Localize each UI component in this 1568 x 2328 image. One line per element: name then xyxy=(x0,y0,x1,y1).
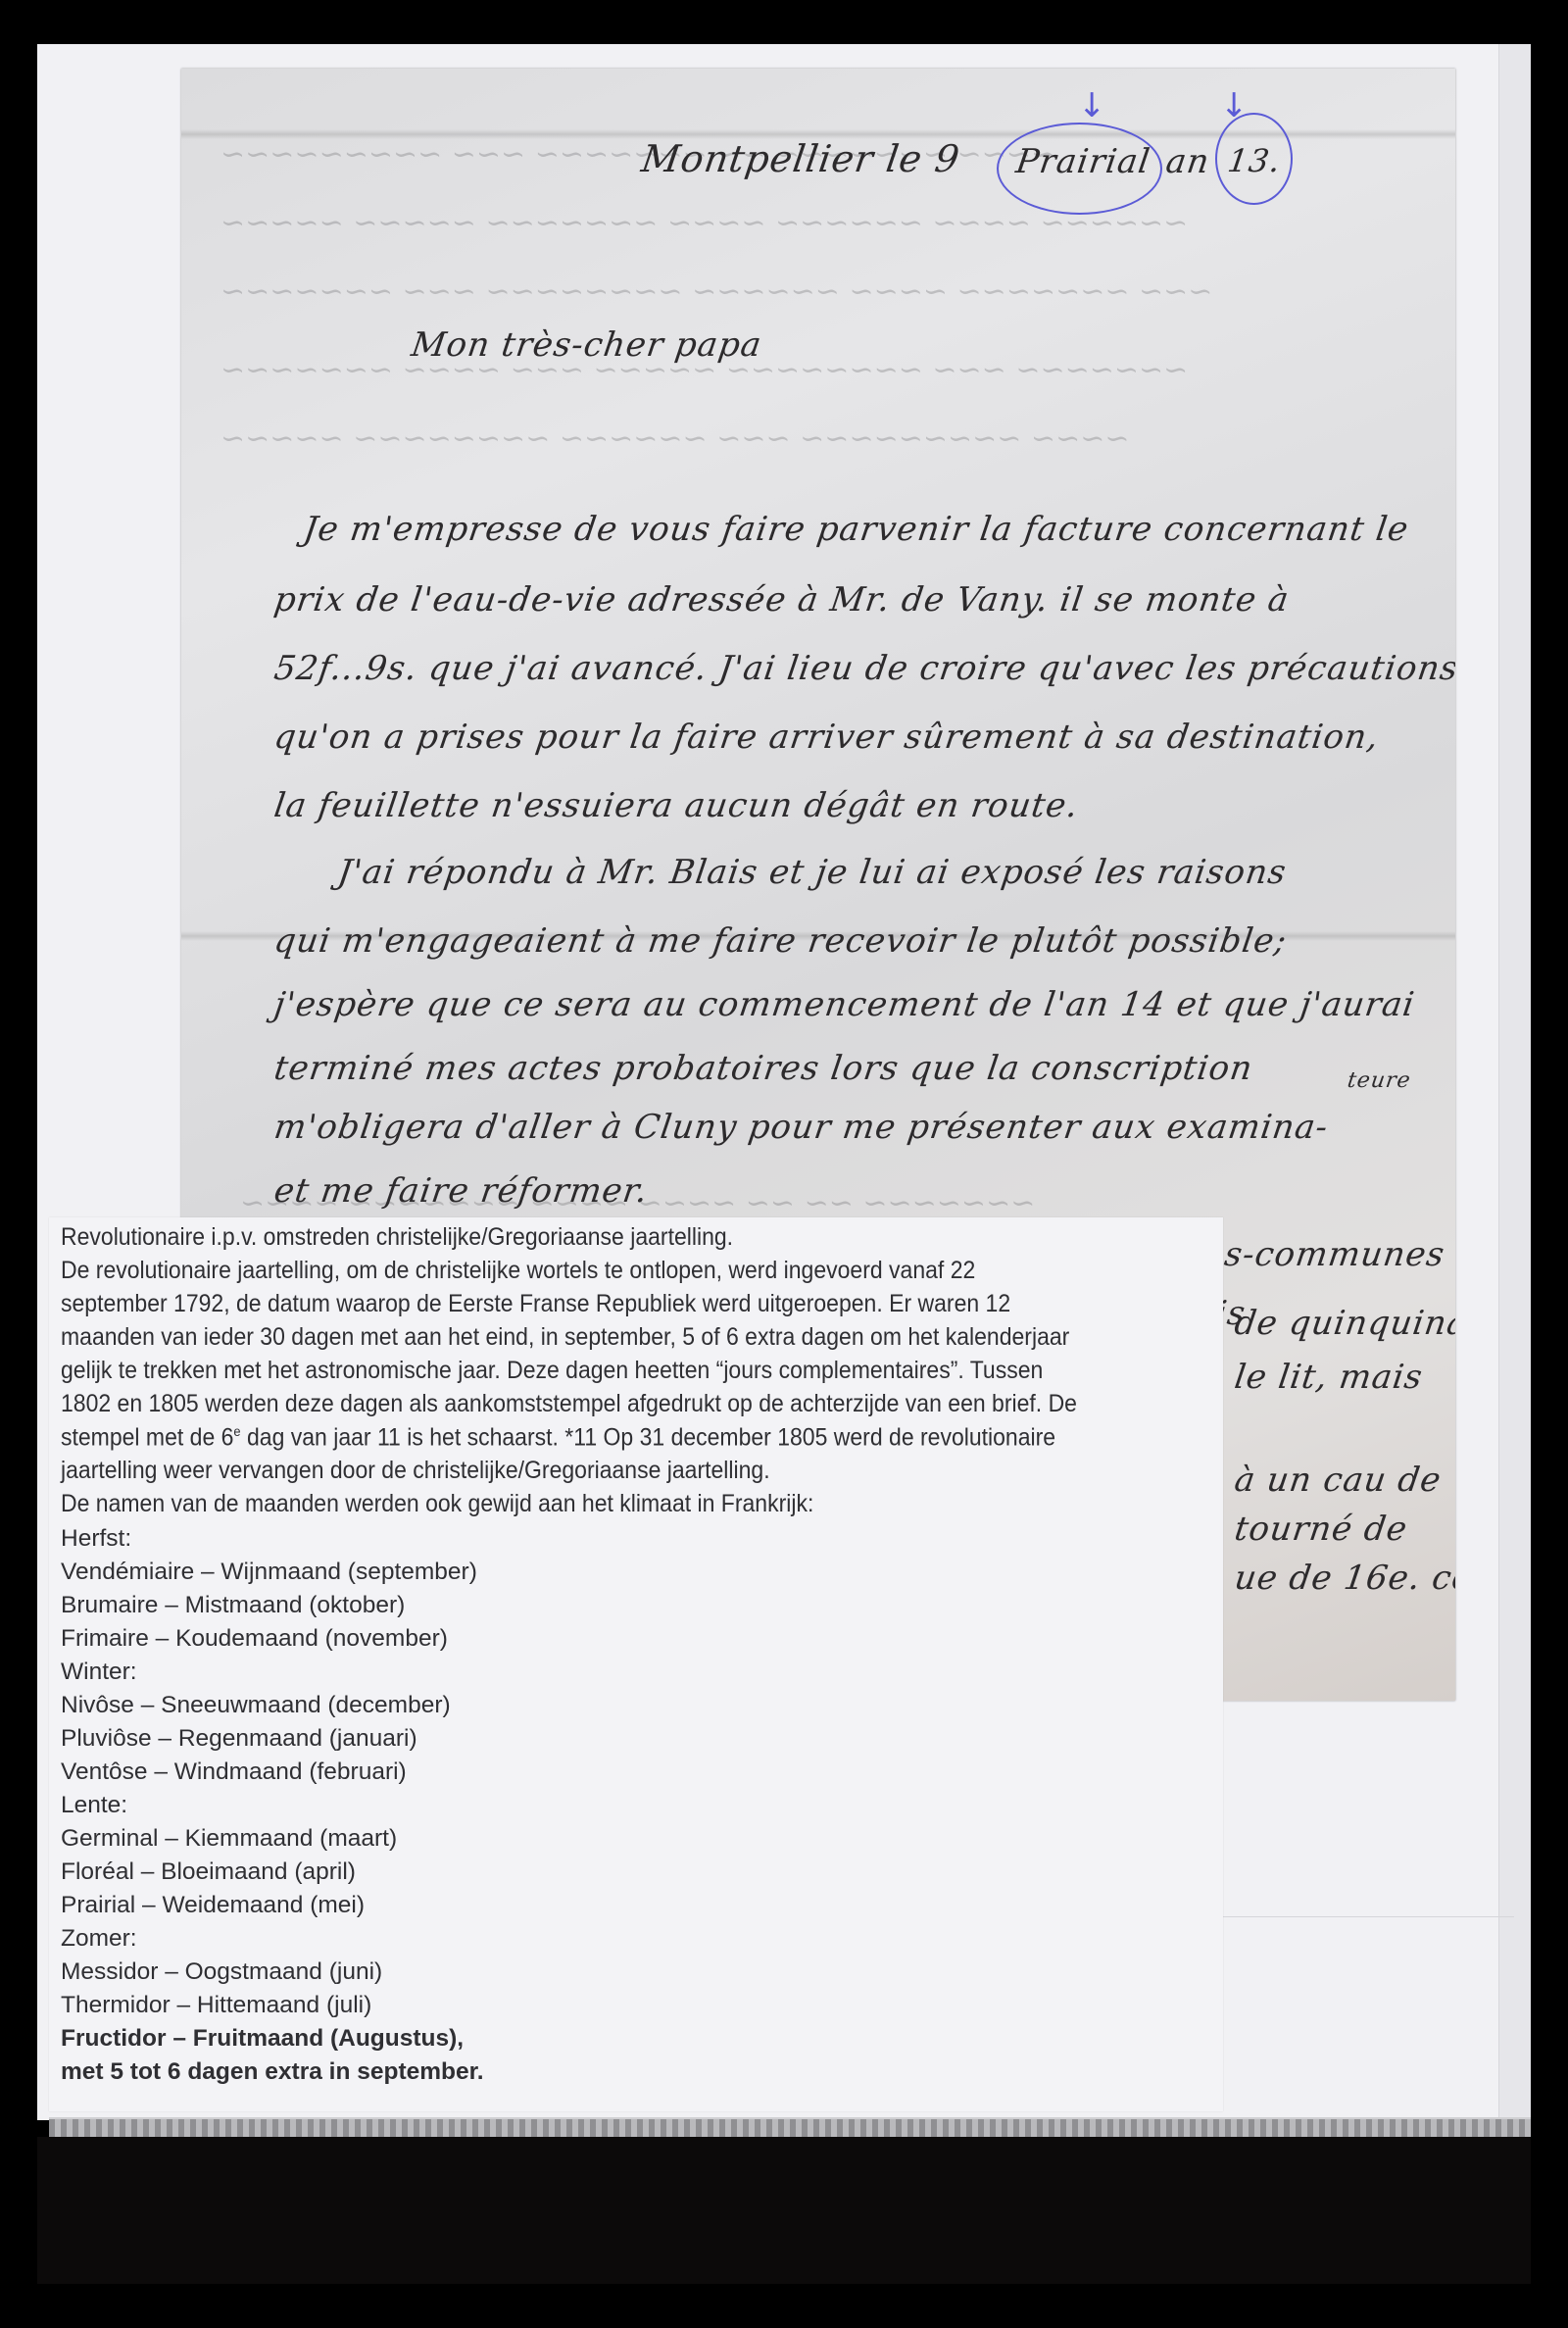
card-paragraph-line: september 1792, de datum waarop de Eerst… xyxy=(61,1290,1010,1318)
explanation-card: Revolutionaire i.p.v. omstreden christel… xyxy=(49,1217,1223,2111)
bleed-through-text: ~~~ ~~~~~~~ ~~~~ ~~~~~~ ~~~~~~~~ ~~~ ~~~… xyxy=(220,274,1212,309)
season-heading-zomer: Zomer: xyxy=(61,1925,137,1953)
month-item: Vendémiaire – Wijnmaand (september) xyxy=(61,1559,477,1586)
letter-line: J'ai répondu à Mr. Blais et je lui ai ex… xyxy=(335,853,1289,892)
month-item: Messidor – Oogstmaand (juni) xyxy=(61,1958,382,1986)
season-heading-herfst: Herfst: xyxy=(61,1525,131,1553)
letter-fragment: le lit, mais xyxy=(1232,1358,1425,1397)
letter-fragment: ue de 16e. cet xyxy=(1232,1559,1455,1598)
card-closing-line: jaartelling weer vervangen door de chris… xyxy=(61,1457,770,1485)
letter-year: 13. xyxy=(1225,142,1283,179)
card-paragraph-line: maanden van ieder 30 dagen met aan het e… xyxy=(61,1323,1069,1352)
card-paragraph-line: gelijk te trekken met het astronomische … xyxy=(61,1357,1043,1385)
letter-fragment: de quinquina xyxy=(1232,1304,1455,1343)
month-item: Brumaire – Mistmaand (oktober) xyxy=(61,1592,405,1619)
month-item: Nivôse – Sneeuwmaand (december) xyxy=(61,1692,451,1719)
month-item: Pluviôse – Regenmaand (januari) xyxy=(61,1725,417,1753)
card-paragraph-line: De revolutionaire jaartelling, om de chr… xyxy=(61,1257,975,1285)
letter-line: et me faire réformer. xyxy=(271,1171,651,1211)
card-title: Revolutionaire i.p.v. omstreden christel… xyxy=(61,1223,733,1252)
stamp-line-text: stempel met de 6 xyxy=(61,1423,233,1451)
bleed-through-text: ~~~~~~ ~~~~ ~~~~~~ ~~~~ ~~~~~~~ ~~~~~ ~~… xyxy=(220,206,1188,240)
superscript: e xyxy=(233,1423,240,1439)
letter-line: prix de l'eau-de-vie adressée à Mr. de V… xyxy=(271,580,1292,619)
month-item: Thermidor – Hittemaand (juli) xyxy=(61,1992,371,2019)
letter-line: la feuillette n'essuiera aucun dégât en … xyxy=(271,786,1081,825)
letter-line: m'obligera d'aller à Cluny pour me prése… xyxy=(271,1108,1331,1147)
card-paragraph-line: 1802 en 1805 werden deze dagen als aanko… xyxy=(61,1390,1077,1418)
card-months-intro: De namen van de maanden werden ook gewij… xyxy=(61,1490,813,1518)
month-item: Prairial – Weidemaand (mei) xyxy=(61,1892,365,1919)
letter-place-date: Montpellier le 9 xyxy=(639,137,963,180)
month-item: Germinal – Kiemmaand (maart) xyxy=(61,1825,397,1853)
letter-line: qui m'engageaient à me faire recevoir le… xyxy=(271,921,1290,961)
letter-month: Prairial xyxy=(1013,142,1152,181)
letter-line: 52f...9s. que j'ai avancé. J'ai lieu de … xyxy=(271,649,1455,688)
sleeve-pocket-edge xyxy=(1220,1916,1514,1917)
dark-felt-background xyxy=(37,2137,1531,2284)
letter-line: qu'on a prises pour la faire arriver sûr… xyxy=(271,718,1382,757)
blue-arrow-down-icon: ↓ xyxy=(1220,86,1249,125)
album-page-binding-strip xyxy=(1498,44,1531,2120)
letter-salutation: Mon très-cher papa xyxy=(409,325,764,365)
card-stamp-line: stempel met de 6e dag van jaar 11 is het… xyxy=(61,1423,1055,1452)
letter-fragment: à un cau de xyxy=(1232,1461,1444,1500)
letter-line: terminé mes actes probatoires lors que l… xyxy=(271,1049,1255,1088)
letter-an: an xyxy=(1163,142,1212,181)
letter-line: j'espère que ce sera au commencement de … xyxy=(271,985,1417,1024)
month-item: Ventôse – Windmaand (februari) xyxy=(61,1758,407,1786)
bleed-through-text: ~~~~ ~~~~~~~~~ ~~~ ~~~~~~ ~~~~~~~~ ~~~~~ xyxy=(220,421,1129,456)
season-heading-lente: Lente: xyxy=(61,1792,127,1819)
blue-arrow-down-icon: ↓ xyxy=(1078,86,1106,125)
month-item-bold: met 5 tot 6 dagen extra in september. xyxy=(61,2058,484,2086)
stamp-line-text: dag van jaar 11 is het schaarst. *11 Op … xyxy=(241,1423,1055,1451)
month-item-bold: Fructidor – Fruitmaand (Augustus), xyxy=(61,2025,464,2053)
month-item: Floréal – Bloeimaand (april) xyxy=(61,1858,356,1886)
letter-margin-note: teure xyxy=(1346,1068,1412,1093)
season-heading-winter: Winter: xyxy=(61,1659,137,1686)
letter-line: Je m'empresse de vous faire parvenir la … xyxy=(301,510,1411,549)
letter-fragment: tourné de xyxy=(1232,1510,1410,1549)
month-item: Frimaire – Koudemaand (november) xyxy=(61,1625,448,1653)
